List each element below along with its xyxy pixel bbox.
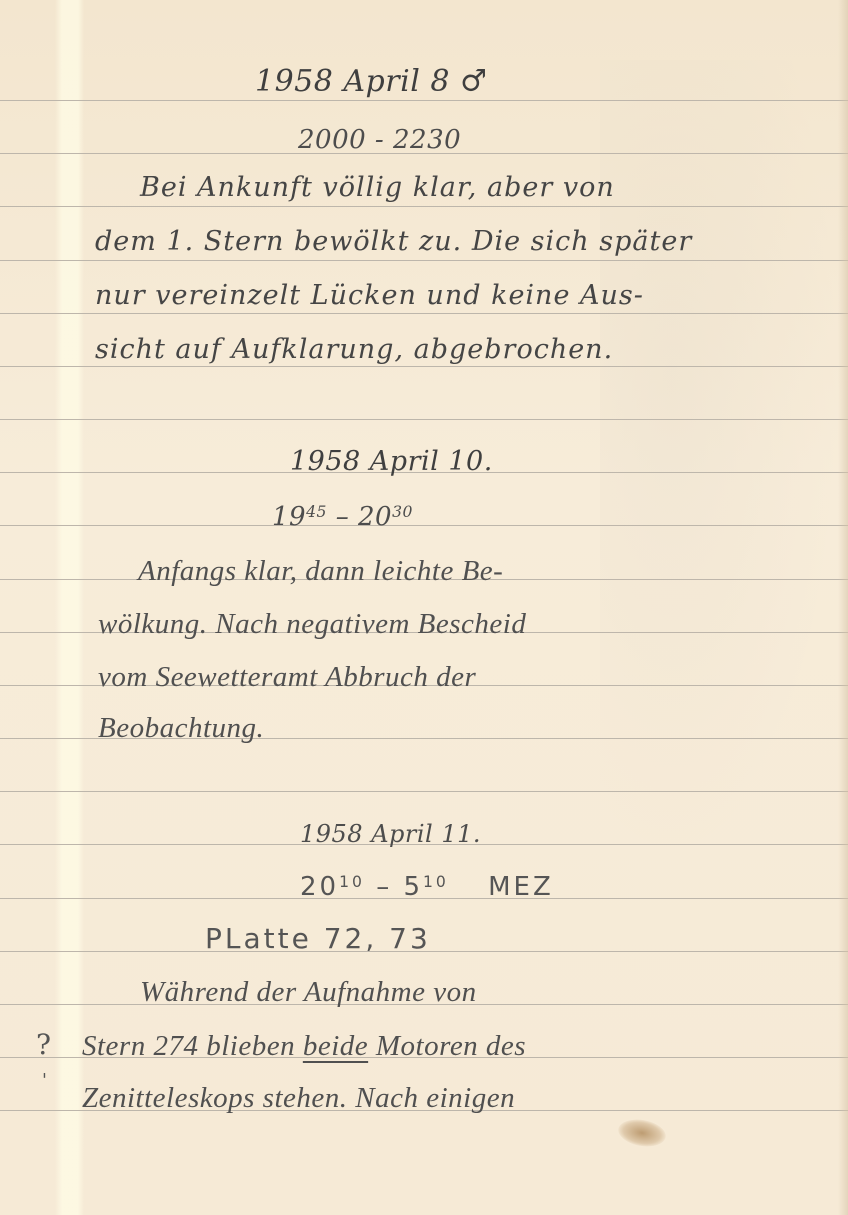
entry-2-time: 1945 – 2030 xyxy=(272,502,413,532)
entry-2-time-end-min: 30 xyxy=(392,503,413,521)
entry-3-time-end-min: 10 xyxy=(423,873,449,891)
time-separator: – xyxy=(365,872,404,902)
time-separator: – xyxy=(327,502,358,532)
entry-3-text-line-3: Zenitteleskops stehen. Nach einigen xyxy=(82,1082,515,1115)
entry-3-text-start: Stern 274 blieben xyxy=(82,1030,295,1062)
entry-2-date: 1958 April 10. xyxy=(290,446,493,477)
entry-2-text-line-3: vom Seewetteramt Abbruch der xyxy=(98,661,476,694)
entry-1-date: 1958 April 8 xyxy=(255,64,450,99)
entry-3-plate: PLatte 72, 73 xyxy=(205,922,431,955)
bleed-through-shadow xyxy=(600,60,840,860)
entry-1-text-line-3: nur vereinzelt Lücken und keine Aus- xyxy=(95,280,644,311)
entry-2-time-start-hour: 19 xyxy=(272,502,306,532)
entry-3-text-line-1: Während der Aufnahme von xyxy=(140,976,477,1009)
entry-3-time-start-min: 10 xyxy=(339,873,365,891)
entry-3-underlined-word: beide xyxy=(303,1030,368,1062)
entry-1-date-heading: 1958 April 8 ♂ xyxy=(255,64,487,99)
entry-3-text-line-2: Stern 274 blieben beide Motoren des xyxy=(82,1030,526,1063)
entry-1-text-line-2: dem 1. Stern bewölkt zu. Die sich später xyxy=(95,226,692,257)
entry-1-text-line-1: Bei Ankunft völlig klar, aber von xyxy=(140,172,615,203)
notebook-page: 1958 April 8 ♂ 2000 - 2230 Bei Ankunft v… xyxy=(0,0,848,1215)
entry-1-time: 2000 - 2230 xyxy=(298,125,461,155)
entry-2-time-end-hour: 20 xyxy=(358,502,392,532)
entry-2-time-start-min: 45 xyxy=(306,503,327,521)
paper-stain xyxy=(616,1116,668,1150)
margin-question-mark: ? xyxy=(36,1028,51,1061)
entry-3-time: 2010 – 510 MEZ xyxy=(300,872,554,902)
entry-2-text-line-4: Beobachtung. xyxy=(98,712,264,745)
entry-3-timezone: MEZ xyxy=(488,872,554,902)
entry-3-time-end-hour: 5 xyxy=(403,872,423,902)
entry-3-time-start-hour: 20 xyxy=(300,872,339,902)
entry-2-text-line-2: wölkung. Nach negativem Bescheid xyxy=(98,608,526,641)
entry-1-text-line-4: sicht auf Aufklarung, abgebrochen. xyxy=(95,334,613,365)
mars-symbol-icon: ♂ xyxy=(460,64,487,99)
entry-3-date: 1958 April 11. xyxy=(300,820,481,848)
entry-2-text-line-1: Anfangs klar, dann leichte Be- xyxy=(138,555,503,588)
entry-3-text-end: Motoren des xyxy=(376,1030,526,1062)
margin-tick-mark: ' xyxy=(42,1070,47,1091)
